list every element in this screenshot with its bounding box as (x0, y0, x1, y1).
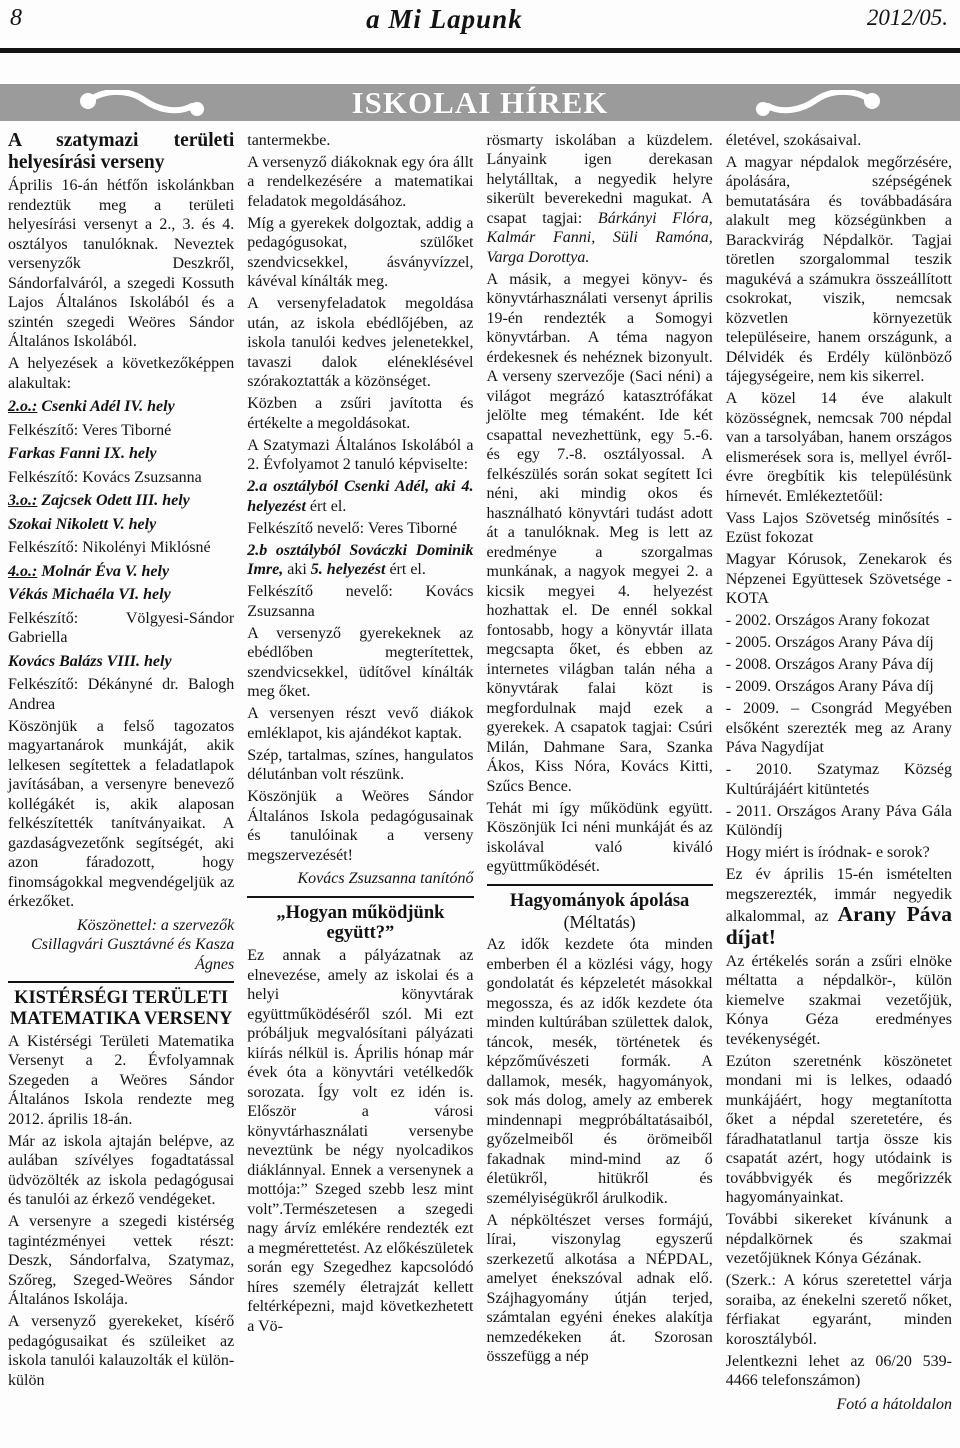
section-divider (487, 884, 713, 886)
paragraph: A versenyző gyerekeknek az ebédlőben meg… (247, 624, 473, 702)
paragraph: A magyar népdalok megőrzésére, ápolására… (726, 153, 952, 387)
paragraph: Köszönjük a Weöres Sándor Általános Isko… (247, 787, 473, 865)
award-item: - 2005. Országos Arany Páva díj (726, 633, 952, 653)
swirl-ornament-icon (752, 90, 882, 116)
paragraph: Hogy miért is íródnak- e sorok? (726, 843, 952, 863)
paragraph: Magyar Kórusok, Zenekarok és Népzenei Eg… (726, 550, 952, 609)
section-heading: KISTÉRSÉGI TERÜLETI MATEMATIKA VERSENY (8, 988, 234, 1029)
paragraph: A versenyen részt vevő diákok emléklapot… (247, 704, 473, 743)
page-header: 8 a Mi Lapunk 2012/05. (0, 0, 960, 44)
paragraph: rösmarty iskolában a küzdelem. Lányaink … (487, 131, 713, 268)
header-rule (0, 48, 960, 53)
award-item: - 2010. Szatymaz Község Kultúrájáért kit… (726, 760, 952, 799)
paragraph: Tehát mi így működünk együtt. Köszönjük … (487, 799, 713, 877)
paragraph: A versenyre a szegedi kistérség tagintéz… (8, 1212, 234, 1310)
paragraph: Az idők kezdete óta minden emberben él a… (487, 935, 713, 1208)
paragraph: A versenyző gyerekeket, kísérő pedagógus… (8, 1312, 234, 1390)
byline: Fotó a hátoldalon (726, 1395, 952, 1415)
paragraph: A versenyző diákoknak egy óra állt a ren… (247, 153, 473, 212)
paragraph: Az értékelés során a zsűri elnöke méltat… (726, 952, 952, 1050)
award-item: - 2002. Országos Arany fokozat (726, 611, 952, 631)
paragraph: A Kistérségi Területi Matematika Verseny… (8, 1032, 234, 1130)
award-item: - 2009. Országos Arany Páva díj (726, 677, 952, 697)
paragraph: tantermekbe. (247, 131, 473, 151)
paragraph: (Szerk.: A kórus szeretettel várja sorai… (726, 1271, 952, 1349)
paragraph: Felkészítő: Nikolényi Miklósné (8, 538, 234, 558)
paragraph: Vass Lajos Szövetség minősítés - Ezüst f… (726, 509, 952, 548)
section-banner: ISKOLAI HÍREK (0, 84, 960, 121)
paragraph: Jelentkezni lehet az 06/20 539-4466 tele… (726, 1352, 952, 1391)
paragraph: Szép, tartalmas, színes, hangulatos délu… (247, 746, 473, 785)
paragraph: Felkészítő: Veres Tiborné (8, 421, 234, 441)
paragraph: Ezúton szeretnénk köszönetet mondani mi … (726, 1052, 952, 1208)
article-title: A szatymazi területi helyesírási verseny (8, 130, 234, 173)
paragraph: életével, szokásaival. (726, 131, 952, 151)
paragraph: Felkészítő: Kovács Zsuzsanna (8, 468, 234, 488)
result-line: Farkas Fanni IX. hely (8, 444, 234, 464)
issue-number: 2012/05. (867, 6, 948, 29)
article-columns: A szatymazi területi helyesírási verseny… (0, 121, 960, 1418)
award-item: - 2011. Országos Arany Páva Gála Különdí… (726, 802, 952, 841)
section-divider (247, 896, 473, 898)
paragraph: Felkészítő: Völgyesi-Sándor Gabriella (8, 609, 234, 648)
paragraph: Felkészítő nevelő: Veres Tiborné (247, 519, 473, 539)
column-4: életével, szokásaival.A magyar népdalok … (726, 128, 952, 1418)
result-line: Kovács Balázs VIII. hely (8, 652, 234, 672)
paragraph: Míg a gyerekek dolgoztak, addig a pedagó… (247, 214, 473, 292)
section-divider (8, 981, 234, 983)
paragraph: Ez év április 15-én ismételten megszerez… (726, 865, 952, 949)
column-3: rösmarty iskolában a küzdelem. Lányaink … (487, 128, 713, 1418)
paragraph: Köszönjük a felső tagozatos magyartanáro… (8, 717, 234, 912)
swirl-ornament-icon (78, 90, 208, 116)
award-item: - 2009. – Csongrád Megyében elsőként sze… (726, 699, 952, 758)
paragraph: Április 16-án hétfőn iskolánkban rendezt… (8, 176, 234, 352)
newspaper-page: { "page": { "number": "8", "masthead": "… (0, 0, 960, 1448)
paragraph: Ez annak a pályázatnak az elnevezése, am… (247, 946, 473, 1336)
paragraph: A Szatymazi Általános Iskolából a 2. Évf… (247, 436, 473, 475)
result-line: 2.b osztályból Sováczki Dominik Imre, ak… (247, 541, 473, 580)
paragraph: További sikereket kívánunk a népdalkörne… (726, 1210, 952, 1269)
paragraph: Felkészítő: Dékányné dr. Balogh Andrea (8, 675, 234, 714)
section-subheading: (Méltatás) (487, 913, 713, 932)
byline: Köszönettel: a szervezők Csillagvári Gus… (8, 916, 234, 975)
paragraph: Felkészítő nevelő: Kovács Zsuzsanna (247, 582, 473, 621)
paragraph: Már az iskola ajtaján belépve, az aulába… (8, 1132, 234, 1210)
result-line: Szokai Nikolett V. hely (8, 515, 234, 535)
result-line: 3.o.: Zajcsek Odett III. hely (8, 491, 234, 511)
byline: Kovács Zsuzsanna tanítónő (247, 869, 473, 889)
masthead-title: a Mi Lapunk (366, 6, 523, 33)
paragraph: A helyezések a következőképpen alakultak… (8, 354, 234, 393)
page-number: 8 (10, 6, 22, 30)
paragraph: A másik, a megyei könyv- és könyvtárhasz… (487, 270, 713, 797)
column-2: tantermekbe.A versenyző diákoknak egy ór… (247, 128, 473, 1418)
result-line: Vékás Michaéla VI. hely (8, 585, 234, 605)
paragraph: Közben a zsűri javította és értékelte a … (247, 394, 473, 433)
result-line: 2.o.: Csenki Adél IV. hely (8, 397, 234, 417)
paragraph: A népköltészet verses formájú, lírai, vi… (487, 1211, 713, 1367)
paragraph: A közel 14 éve alakult közösségnek, nemc… (726, 389, 952, 506)
column-1: A szatymazi területi helyesírási verseny… (8, 128, 234, 1418)
paragraph: A versenyfeladatok megoldása után, az is… (247, 294, 473, 392)
result-line: 4.o.: Molnár Éva V. hely (8, 562, 234, 582)
section-heading: Hagyományok ápolása (487, 891, 713, 912)
section-banner-title: ISKOLAI HÍREK (352, 87, 609, 118)
award-item: - 2008. Országos Arany Páva díj (726, 655, 952, 675)
section-heading: „Hogyan működjünk együtt?” (247, 903, 473, 944)
result-line: 2.a osztályból Csenki Adél, aki 4. helye… (247, 477, 473, 516)
